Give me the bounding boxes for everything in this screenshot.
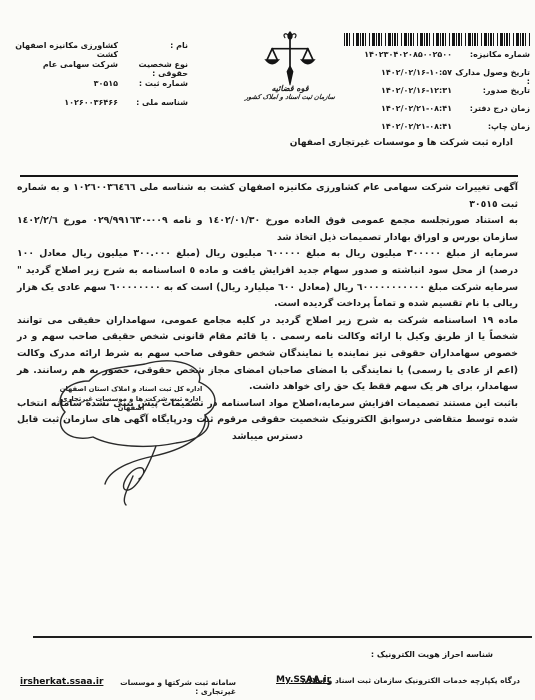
stamp-outline bbox=[35, 352, 235, 507]
footer-divider bbox=[33, 636, 532, 638]
stamp-text: اداره کل ثبت اسناد و املاک استان اصفهان … bbox=[47, 385, 215, 414]
field-label: نوع شخصیت حقوقی : bbox=[118, 60, 188, 78]
field-value: ۱۰۲۶۰۰۳۶۴۶۶ bbox=[2, 98, 118, 107]
field-value: کشاورزی مکانیزه اصفهان کشت bbox=[2, 41, 118, 59]
meta-row-ledger-entry-time: زمان درج دفتر: ۱۴۰۲/۰۲/۲۱-۰۸:۴۱ bbox=[340, 104, 530, 122]
field-label: شماره ثبت : bbox=[118, 79, 188, 88]
scanned-registration-notice: { "header": { "meta": { "rows": [ {"labe… bbox=[0, 0, 535, 700]
field-label: زمان درج دفتر: bbox=[452, 104, 530, 113]
registry-system-label: سامانه ثبت شرکتها و موسسات غیرتجاری : bbox=[98, 678, 236, 696]
stamp-line-1: اداره کل ثبت اسناد و املاک استان اصفهان bbox=[47, 385, 215, 395]
field-value: شرکت سهامی عام bbox=[2, 60, 118, 69]
field-label: نام : bbox=[118, 41, 188, 50]
field-value: ۱۴۰۲/۰۲/۱۶-۱۲:۳۱ bbox=[340, 86, 452, 95]
announcement-basis-paragraph: به استناد صورتجلسه مجمع عمومی فوق العاده… bbox=[17, 213, 518, 246]
portal-label: درگاه یکپارچه خدمات الکترونیک سازمان ثبت… bbox=[301, 676, 520, 685]
field-value: ۱۴۰۲۳۰۴۰۲۰۸۵۰۰۲۵۰۰ bbox=[340, 50, 452, 59]
document-meta-block: شماره مکانیزه: ۱۴۰۲۳۰۴۰۲۰۸۵۰۰۲۵۰۰ تاریخ … bbox=[340, 50, 530, 140]
meta-row-mechanized-number: شماره مکانیزه: ۱۴۰۲۳۰۴۰۲۰۸۵۰۰۲۵۰۰ bbox=[340, 50, 530, 68]
scales-of-justice-icon bbox=[264, 30, 316, 86]
capital-increase-paragraph: سرمایه از مبلغ ٣٠٠٠٠٠ میلیون ریال به مبل… bbox=[17, 246, 518, 312]
issuing-department-line: اداره ثبت شرکت ها و موسسات غیرتجاری اصفه… bbox=[290, 138, 513, 148]
field-label: شناسه ملی : bbox=[118, 98, 188, 107]
barcode bbox=[344, 33, 530, 46]
registration-organization-title: سازمان ثبت اسناد و املاک کشور bbox=[236, 93, 345, 101]
entity-row-registration-number: شماره ثبت : ۳۰۵۱۵ bbox=[2, 79, 188, 98]
meta-row-issue-date: تاریخ صدور: ۱۴۰۲/۰۲/۱۶-۱۲:۳۱ bbox=[340, 86, 530, 104]
signature-loop bbox=[124, 446, 156, 490]
official-stamp-and-signature: اداره کل ثبت اسناد و املاک استان اصفهان … bbox=[35, 352, 235, 507]
meta-row-docs-received-date: تاریخ وصول مدارک : ۱۴۰۲/۰۲/۱۶-۱۰:۵۷ bbox=[340, 68, 530, 86]
entity-row-legal-type: نوع شخصیت حقوقی : شرکت سهامی عام bbox=[2, 60, 188, 79]
electronic-auth-label: شناسه احراز هویت الکترونیک : bbox=[371, 650, 493, 659]
portal-url: My.SSAA.ir bbox=[276, 675, 331, 685]
judiciary-emblem-block: قوه قضائیه سازمان ثبت اسناد و املاک کشور bbox=[236, 30, 344, 101]
stamp-line-2: اداره ثبت شرکت ها و موسسات غیرتجاری اصفه… bbox=[47, 395, 215, 414]
field-label: تاریخ صدور: bbox=[452, 86, 530, 95]
field-label: شماره مکانیزه: bbox=[452, 50, 530, 59]
entity-row-name: نام : کشاورزی مکانیزه اصفهان کشت bbox=[2, 41, 188, 60]
entity-info-block: نام : کشاورزی مکانیزه اصفهان کشت نوع شخص… bbox=[2, 41, 188, 117]
entity-row-national-id: شناسه ملی : ۱۰۲۶۰۰۳۶۴۶۶ bbox=[2, 98, 188, 117]
field-value: ۱۴۰۲/۰۲/۲۱-۰۸:۴۱ bbox=[340, 122, 452, 131]
field-value: ۱۴۰۲/۰۲/۱۶-۱۰:۵۷ bbox=[340, 68, 452, 77]
header-divider bbox=[20, 175, 518, 177]
announcement-title: آگهی تغییرات شرکت سهامی عام کشاورزی مکان… bbox=[17, 180, 518, 213]
field-value: ۱۴۰۲/۰۲/۲۱-۰۸:۴۱ bbox=[340, 104, 452, 113]
registry-system-url: irsherkat.ssaa.ir bbox=[20, 677, 103, 687]
field-value: ۳۰۵۱۵ bbox=[2, 79, 118, 88]
field-label: زمان چاپ: bbox=[452, 122, 530, 131]
judiciary-title: قوه قضائیه bbox=[236, 84, 344, 93]
field-label: تاریخ وصول مدارک : bbox=[452, 68, 530, 86]
